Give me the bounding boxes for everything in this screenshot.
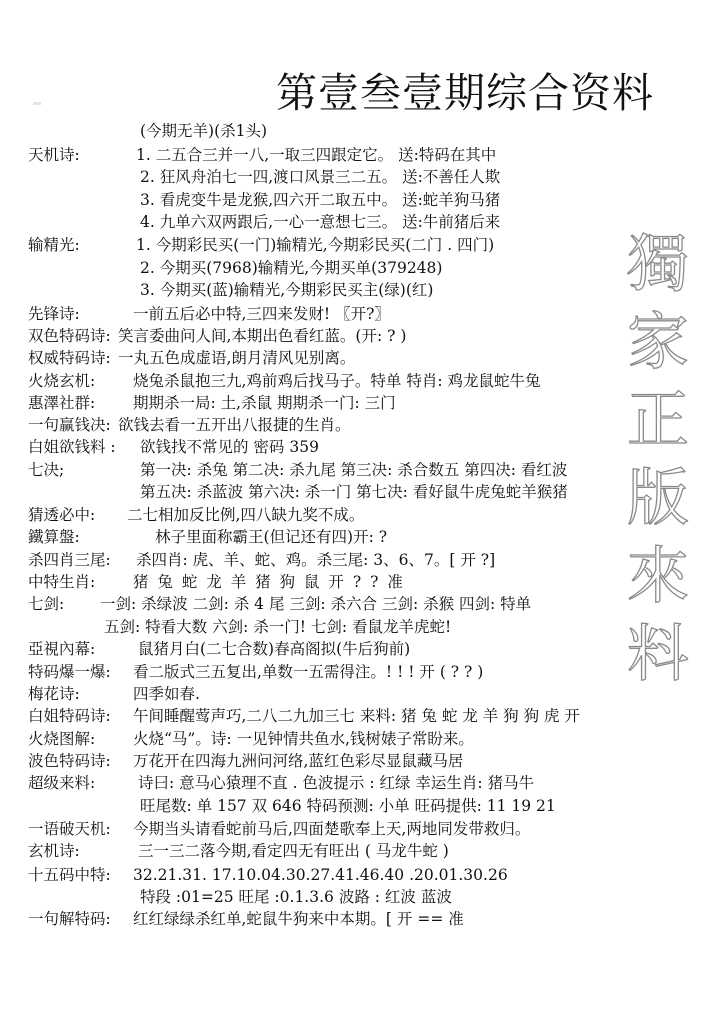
watermark-char: 版 [618, 459, 698, 537]
qijian-line-2: 五剑: 特看大数 六剑: 杀一门! 七剑: 看鼠龙羊虎蛇! [104, 617, 451, 637]
chaoji-line-1: 诗曰: 意马心猿理不直 . 色波提示 : 红绿 幸运生肖: 猪马牛 [138, 773, 534, 793]
shiwuma-line-2: 特段 :01=25 旺尾 :0.1.3.6 波路 : 红波 蓝波 [140, 887, 452, 907]
huoshao-xuanji-text: 烧兔杀鼠抱三九,鸡前鸡后找马子。特单 特肖: 鸡龙鼠蛇牛兔 [133, 371, 541, 391]
tianji-line-3: 3. 看虎变牛是龙猴,四六开二取五中。 送:蛇羊狗马猪 [140, 190, 500, 210]
label-baijie-tema: 白姐特码诗: [28, 706, 111, 726]
chaoji-line-2: 旺尾数: 单 157 双 646 特码预测: 小单 旺码提供: 11 19 21 [140, 796, 556, 816]
watermark-char: 家 [618, 303, 698, 381]
huize-text: 期期杀一局: 土,杀鼠 期期杀一门: 三门 [133, 393, 396, 413]
subtitle-note: (今期无羊)(杀1头) [140, 121, 267, 141]
label-yiyu: 一语破天机: [28, 819, 111, 839]
label-yashi: 亞視內幕: [28, 639, 95, 659]
label-xianfeng: 先锋诗: [28, 304, 80, 324]
watermark-vertical-text: 獨 家 正 版 來 料 [618, 225, 698, 693]
label-quanwei: 权威特码诗: [28, 348, 111, 368]
yiyu-text: 今期当头请看蛇前马后,四面楚歌奉上天,两地同发带救归。 [133, 819, 530, 839]
tianji-line-2: 2. 狂风舟泊七一四,渡口风景三二五。 送:不善任人欺 [140, 167, 500, 187]
shasixiao-text: 杀四肖: 虎、羊、蛇、鸡。杀三尾: 3、6、7。[ 开 ?] [136, 550, 495, 570]
meihua-text: 四季如春. [133, 684, 200, 704]
qijian-line-1: 一剑: 杀绿波 二剑: 杀 4 尾 三剑: 杀六合 三剑: 杀猴 四剑: 特单 [100, 594, 531, 614]
label-zhongte: 中特生肖: [28, 572, 95, 592]
qijue-line-2: 第五决: 杀蓝波 第六决: 杀一门 第七决: 看好鼠牛虎兔蛇羊猴猪 [140, 482, 568, 502]
tiesuanpan-text: 林子里面称霸王(但记还有四)开: ? [155, 527, 387, 547]
shujingguang-line-1: 1. 今期彩民买(一门)输精光,今期彩民买(二门 . 四门) [136, 235, 494, 255]
yijujie-text: 红红绿绿杀红单,蛇鼠牛狗来中本期。[ 开 == 准 [133, 909, 464, 929]
shujingguang-line-3: 3. 今期买(蓝)输精光,今期彩民买主(绿)(红) [140, 280, 433, 300]
caitou-text: 二七相加反比例,四八缺九奖不成。 [127, 505, 364, 525]
label-qijian: 七剑: [28, 594, 64, 614]
xuanji-shi-text: 三一三二落今期,看定四无有旺出 ( 马龙牛蛇 ) [138, 841, 449, 861]
label-qijue: 七决; [28, 460, 64, 480]
label-huoshao-tujie: 火烧图解: [28, 729, 95, 749]
yashi-text: 鼠猪月白(二七合数)春高阁拟(牛后狗前) [138, 639, 410, 659]
label-shuangse: 双色特码诗: [28, 326, 111, 346]
label-shasixiao: 杀四肖三尾: [28, 550, 111, 570]
shiwuma-line-1: 32.21.31. 17.10.04.30.27.41.46.40 .20.01… [133, 865, 508, 885]
label-bose: 波色特码诗: [28, 751, 111, 771]
scan-speck [33, 102, 41, 105]
label-chaoji: 超级来料: [28, 773, 95, 793]
label-baijie-yuqian: 白姐欲钱料 : [28, 437, 116, 457]
watermark-char: 料 [618, 615, 698, 693]
label-tianji: 天机诗: [28, 145, 80, 165]
baijie-tema-text: 午间睡醒莺声巧,二八二九加三七 来料: 猪 兔 蛇 龙 羊 狗 狗 虎 开 [133, 706, 580, 726]
label-tiesuanpan: 鐵算盤: [28, 527, 80, 547]
qijue-line-1: 第一决: 杀兔 第二决: 杀九尾 第三决: 杀合数五 第四决: 看红波 [140, 460, 567, 480]
zhongte-text: 猪 兔 蛇 龙 羊 猪 狗 鼠 开 ? ? 准 [133, 572, 403, 592]
bose-text: 万花开在四海九洲问河络,蓝红色彩尽显鼠藏马居 [133, 751, 463, 771]
label-xuanji-shi: 玄机诗: [28, 841, 80, 861]
quanwei-text: 一丸五色成虚语,朗月清风见别离。 [118, 348, 355, 368]
label-shiwuma: 十五码中特: [28, 865, 111, 885]
tianji-line-1: 1. 二五合三并一八,一取三四跟定它。 送:特码在其中 [136, 145, 496, 165]
watermark-char: 獨 [618, 225, 698, 303]
tianji-line-4: 4. 九单六双两跟后,一心一意想七三。 送:牛前猪后来 [140, 212, 500, 232]
huoshao-tujie-text: 火烧“马”。诗: 一见钟情共鱼水,钱树婊子常盼来。 [133, 729, 474, 749]
label-huoshao-xuanji: 火烧玄机: [28, 371, 95, 391]
label-meihua: 梅花诗: [28, 684, 80, 704]
label-shujingguang: 输精光: [28, 235, 80, 255]
page-title: 第壹叁壹期综合资料 [276, 60, 654, 119]
watermark-char: 來 [618, 537, 698, 615]
xianfeng-text: 一前五后必中特,三四来发财! 〖开?〗 [133, 304, 390, 324]
shujingguang-line-2: 2. 今期买(7968)输精光,今期买单(379248) [140, 258, 442, 278]
label-caitou: 猜透必中: [28, 505, 95, 525]
label-huize: 惠澤社群: [28, 393, 95, 413]
label-yingqian: 一句赢钱决: [28, 415, 111, 435]
label-temabao: 特码爆一爆: [28, 662, 111, 682]
watermark-char: 正 [618, 381, 698, 459]
yingqian-text: 欲钱去看一五开出八报捷的生肖。 [118, 415, 351, 435]
temabao-text: 看二版式三五复出,单数一五需得注。! ! ! 开 ( ? ? ) [133, 662, 483, 682]
baijie-yuqian-text: 欲钱找不常见的 密码 359 [140, 437, 319, 457]
label-yijujie: 一句解特码: [28, 909, 111, 929]
shuangse-text: 笑言委曲问人间,本期出色看红蓝。(开: ? ) [118, 326, 406, 346]
